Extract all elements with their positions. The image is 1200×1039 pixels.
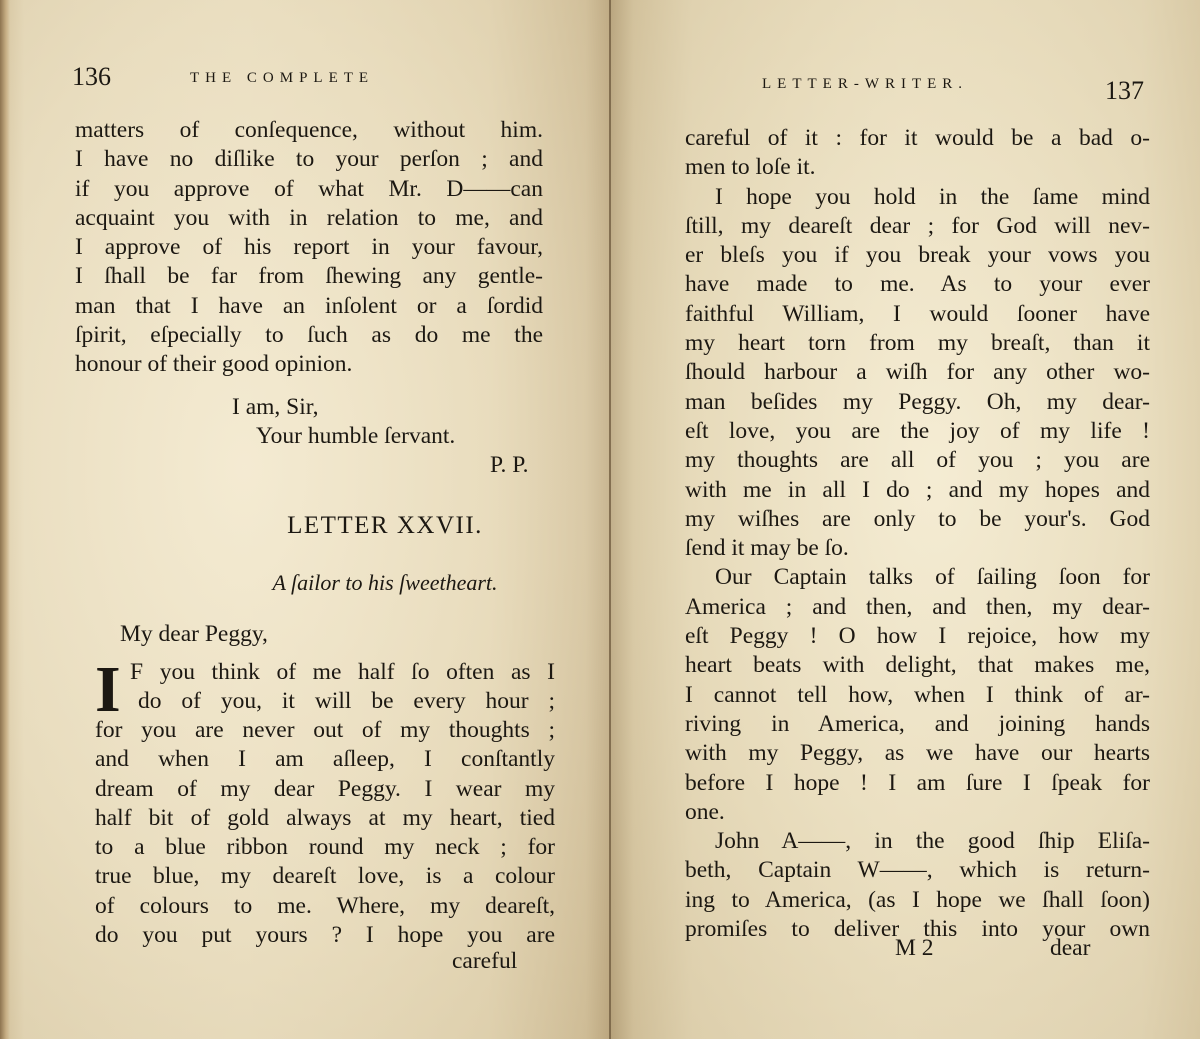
letter-body: for you are never out of my thoughts ; a…: [95, 716, 555, 950]
text-line: ſhould harbour a wiſh for any other wo-: [685, 358, 1150, 387]
text-line: F you think of me half ſo often as I: [130, 658, 555, 687]
letter-heading: LETTER XXVII.: [0, 512, 610, 540]
text-line: my thoughts are all of you ; you are: [685, 446, 1150, 475]
text-line: my heart torn from my breaſt, than it: [685, 329, 1150, 358]
text-line: John A——, in the good ſhip Eliſa-: [685, 827, 1150, 856]
text-line: before I hope ! I am ſure I ſpeak for: [685, 769, 1150, 798]
text-line: ſtill, my deareſt dear ; for God will ne…: [685, 212, 1150, 241]
letter-subtitle: A ſailor to his ſweetheart.: [0, 570, 610, 596]
running-head: THE COMPLETE: [190, 70, 374, 87]
book-gutter: [609, 0, 611, 1039]
text-line: beth, Captain W——, which is return-: [685, 856, 1150, 885]
text-line: my wiſhes are only to be your's. God: [685, 505, 1150, 534]
text-line: man that I have an inſolent or a ſordid: [75, 292, 543, 321]
text-line: ſend it may be ſo.: [685, 534, 1150, 563]
right-page: LETTER-WRITER. 137 careful of it : for i…: [610, 0, 1200, 1039]
signature: P. P.: [490, 452, 529, 479]
text-line: to a blue ribbon round my neck ; for: [95, 833, 555, 862]
text-line: acquaint you with in relation to me, and: [75, 204, 543, 233]
salutation: My dear Peggy,: [120, 621, 268, 648]
left-page: 136 THE COMPLETE matters of conſequence,…: [0, 0, 610, 1039]
text-line: I have no diſlike to your perſon ; and: [75, 145, 543, 174]
text-line: man beſides my Peggy. Oh, my dear-: [685, 388, 1150, 417]
text-line: half bit of gold always at my heart, tie…: [95, 804, 555, 833]
letter-body-start: F you think of me half ſo often as I do …: [130, 658, 555, 717]
signature-mark: M 2: [895, 935, 934, 962]
text-line: ing to America, (as I hope we ſhall ſoon…: [685, 886, 1150, 915]
closing-line: Your humble ſervant.: [256, 423, 455, 450]
running-head: LETTER-WRITER.: [762, 76, 968, 93]
catchword: careful: [452, 948, 517, 975]
text-line: eſt Peggy ! O how I rejoice, how my: [685, 622, 1150, 651]
book-spread: 136 THE COMPLETE matters of conſequence,…: [0, 0, 1200, 1039]
text-line: er bleſs you if you break your vows you: [685, 241, 1150, 270]
text-line: true blue, my deareſt love, is a colour: [95, 862, 555, 891]
text-line: careful of it : for it would be a bad o-: [685, 124, 1150, 153]
right-page-text: careful of it : for it would be a bad o-…: [685, 124, 1150, 944]
drop-cap: I: [95, 660, 121, 720]
text-line: Our Captain talks of ſailing ſoon for: [685, 563, 1150, 592]
page-number: 137: [1105, 76, 1144, 106]
closing-line: I am, Sir,: [232, 394, 319, 421]
text-line: men to loſe it.: [685, 153, 1150, 182]
text-line: do you put yours ? I hope you are: [95, 921, 555, 950]
text-line: for you are never out of my thoughts ;: [95, 716, 555, 745]
text-line: with my Peggy, as we have our hearts: [685, 739, 1150, 768]
text-line: I hope you hold in the ſame mind: [685, 183, 1150, 212]
text-line: of colours to me. Where, my deareſt,: [95, 892, 555, 921]
text-line: riving in America, and joining hands: [685, 710, 1150, 739]
text-line: and when I am aſleep, I conſtantly: [95, 745, 555, 774]
text-line: heart beats with delight, that makes me,: [685, 651, 1150, 680]
text-line: I approve of his report in your favour,: [75, 233, 543, 262]
text-line: one.: [685, 798, 1150, 827]
text-line: with me in all I do ; and my hopes and: [685, 476, 1150, 505]
text-line: do of you, it will be every hour ;: [130, 687, 555, 716]
text-line: I ſhall be far from ſhewing any gentle-: [75, 262, 543, 291]
text-line: faithful William, I would ſooner have: [685, 300, 1150, 329]
text-line: dream of my dear Peggy. I wear my: [95, 775, 555, 804]
text-line: honour of their good opinion.: [75, 350, 543, 379]
page-number: 136: [72, 62, 111, 92]
text-line: America ; and then, and then, my dear-: [685, 593, 1150, 622]
text-line: if you approve of what Mr. D——can: [75, 175, 543, 204]
continuation-text: matters of conſequence, without him. I h…: [75, 116, 543, 380]
text-line: have made to me. As to your ever: [685, 270, 1150, 299]
text-line: ſpirit, eſpecially to ſuch as do me the: [75, 321, 543, 350]
text-line: matters of conſequence, without him.: [75, 116, 543, 145]
catchword: dear: [1050, 935, 1090, 962]
text-line: eſt love, you are the joy of my life !: [685, 417, 1150, 446]
text-line: I cannot tell how, when I think of ar-: [685, 681, 1150, 710]
